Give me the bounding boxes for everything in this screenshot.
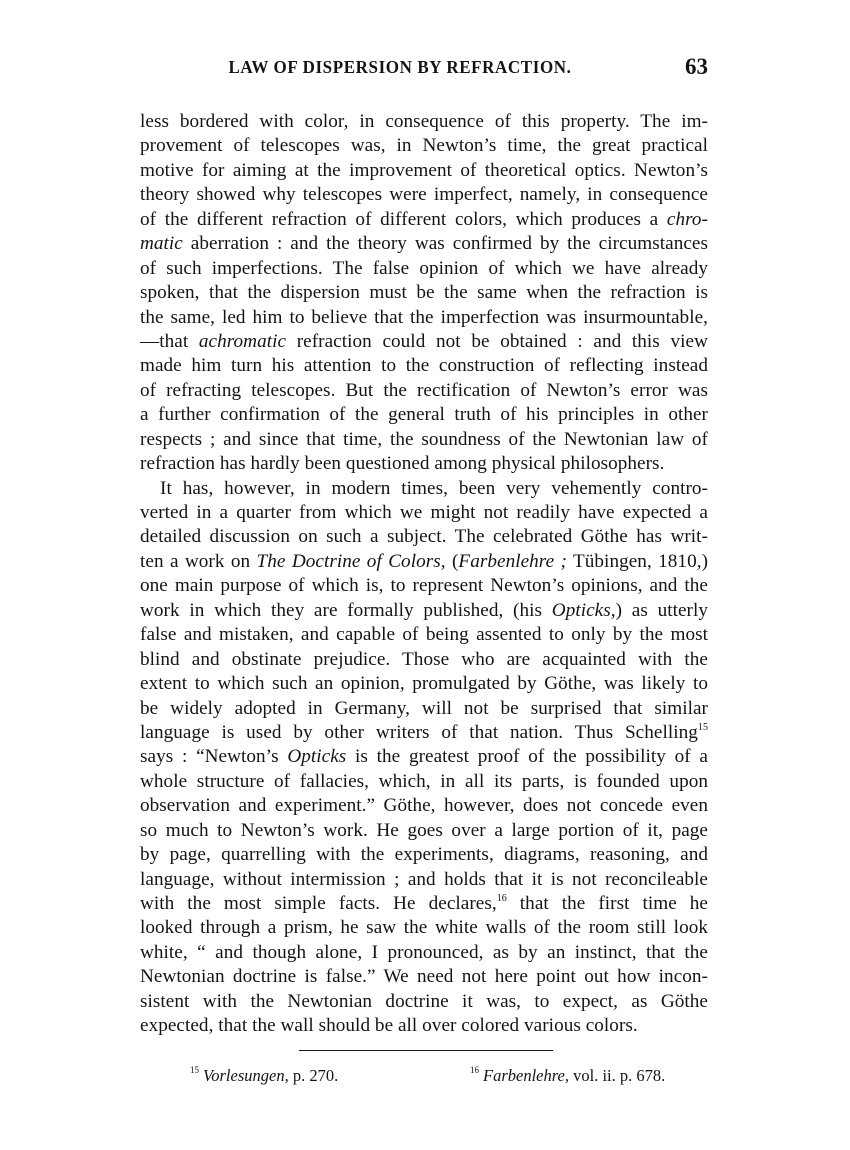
text-segment: be widely adopted in Germany, will not b… [140, 698, 708, 719]
text-line: white, “ and though alone, I pronounced,… [140, 941, 708, 965]
text-line: ten a work on The Doctrine of Colors, (F… [140, 550, 708, 574]
text-segment: work in which they are formally publishe… [140, 600, 552, 621]
text-segment: a further confirmation of the general tr… [140, 404, 708, 425]
text-segment: whole structure of fallacies, which, in … [140, 771, 708, 792]
text-segment: motive for aiming at the improvement of … [140, 160, 708, 181]
text-line: language, without intermission ; and hol… [140, 868, 708, 892]
text-segment: sistent with the Newtonian doctrine it w… [140, 991, 708, 1012]
text-line: looked through a prism, he saw the white… [140, 916, 708, 940]
text-line: made him turn his attention to the const… [140, 354, 708, 378]
text-line: theory showed why telescopes were imperf… [140, 183, 708, 207]
text-line: of such imperfections. The false opinion… [140, 257, 708, 281]
footnote-rule [299, 1050, 553, 1051]
text-segment: one main purpose of which is, to represe… [140, 575, 708, 596]
body-text: less bordered with color, in consequence… [140, 110, 708, 1039]
text-segment: expected, that the wall should be all ov… [140, 1015, 638, 1036]
running-title: LAW OF DISPERSION BY REFRACTION. [140, 58, 660, 79]
text-line: expected, that the wall should be all ov… [140, 1014, 708, 1038]
text-line: a further confirmation of the general tr… [140, 403, 708, 427]
text-line: be widely adopted in Germany, will not b… [140, 697, 708, 721]
text-line: work in which they are formally publishe… [140, 599, 708, 623]
text-segment: made him turn his attention to the const… [140, 355, 708, 376]
text-line: matic aberration : and the theory was co… [140, 232, 708, 256]
text-segment: ( [446, 551, 459, 572]
text-segment: ) as utterly [616, 600, 708, 621]
text-segment: of such imperfections. The false opinion… [140, 258, 708, 279]
text-line: blind and obstinate prejudice. Those who… [140, 648, 708, 672]
text-segment: Tübingen, 1810,) [567, 551, 708, 572]
text-segment: less bordered with color, in consequence… [140, 111, 708, 132]
text-line: verted in a quarter from which we might … [140, 501, 708, 525]
text-segment: refraction has hardly been questioned am… [140, 453, 664, 474]
running-head: LAW OF DISPERSION BY REFRACTION. 63 [140, 56, 710, 82]
text-line: observation and experiment.” Göthe, howe… [140, 794, 708, 818]
text-line: detailed discussion on such a subject. T… [140, 525, 708, 549]
italic-text: Opticks [287, 746, 346, 767]
text-line: refraction has hardly been questioned am… [140, 452, 708, 476]
text-segment: refraction could not be obtained : and t… [286, 331, 708, 352]
text-line: of refracting telescopes. But the rectif… [140, 379, 708, 403]
footnote-reference: 15 [698, 722, 708, 733]
text-segment: theory showed why telescopes were imperf… [140, 184, 708, 205]
footnote-title: Farbenlehre, [483, 1066, 569, 1085]
text-segment: spoken, that the dispersion must be the … [140, 282, 708, 303]
text-segment: respects ; and since that time, the soun… [140, 429, 708, 450]
footnote-marker: 16 [470, 1065, 479, 1075]
text-line: by page, quarrelling with the experiment… [140, 843, 708, 867]
text-segment: observation and experiment.” Göthe, howe… [140, 795, 708, 816]
text-segment: It has, however, in modern times, been v… [160, 478, 708, 499]
footnote-ref: p. 270. [289, 1066, 339, 1085]
text-segment: white, “ and though alone, I pronounced,… [140, 942, 708, 963]
text-segment: says : “Newton’s [140, 746, 287, 767]
text-segment: false and mistaken, and capable of being… [140, 624, 708, 645]
text-line: the same, led him to believe that the im… [140, 306, 708, 330]
text-line: motive for aiming at the improvement of … [140, 159, 708, 183]
italic-text: matic [140, 233, 183, 254]
text-line: false and mistaken, and capable of being… [140, 623, 708, 647]
page-number: 63 [685, 54, 708, 80]
italic-text: achromatic [199, 331, 286, 352]
text-line: language is used by other writers of tha… [140, 721, 708, 745]
text-line: sistent with the Newtonian doctrine it w… [140, 990, 708, 1014]
book-page: LAW OF DISPERSION BY REFRACTION. 63 less… [0, 0, 850, 1150]
footnote-marker: 15 [190, 1065, 199, 1075]
italic-text: chro- [667, 209, 708, 230]
footnote-16: 16Farbenlehre, vol. ii. p. 678. [470, 1066, 665, 1086]
footnotes: 15Vorlesungen, p. 270. 16Farbenlehre, vo… [140, 1066, 708, 1092]
text-segment: detailed discussion on such a subject. T… [140, 526, 708, 547]
text-segment: —that [140, 331, 199, 352]
text-line: respects ; and since that time, the soun… [140, 428, 708, 452]
text-line: extent to which such an opinion, promulg… [140, 672, 708, 696]
footnote-reference: 16 [497, 893, 507, 904]
text-line: It has, however, in modern times, been v… [140, 477, 708, 501]
text-segment: is the greatest proof of the possibility… [346, 746, 708, 767]
footnote-15: 15Vorlesungen, p. 270. [190, 1066, 338, 1086]
text-line: of the different refraction of different… [140, 208, 708, 232]
text-segment: of refracting telescopes. But the rectif… [140, 380, 708, 401]
text-line: so much to Newton’s work. He goes over a… [140, 819, 708, 843]
text-segment: Newtonian doctrine is false.” We need no… [140, 966, 708, 987]
text-line: provement of telescopes was, in Newton’s… [140, 134, 708, 158]
text-segment: extent to which such an opinion, promulg… [140, 673, 708, 694]
text-segment: by page, quarrelling with the experiment… [140, 844, 708, 865]
text-segment: aberration : and the theory was confirme… [183, 233, 708, 254]
text-segment: so much to Newton’s work. He goes over a… [140, 820, 708, 841]
text-segment: with the most simple facts. He declares, [140, 893, 497, 914]
text-segment: the same, led him to believe that the im… [140, 307, 708, 328]
text-segment: provement of telescopes was, in Newton’s… [140, 135, 708, 156]
text-segment: blind and obstinate prejudice. Those who… [140, 649, 708, 670]
text-line: spoken, that the dispersion must be the … [140, 281, 708, 305]
text-segment: language, without intermission ; and hol… [140, 869, 708, 890]
text-line: Newtonian doctrine is false.” We need no… [140, 965, 708, 989]
footnote-title: Vorlesungen, [203, 1066, 289, 1085]
italic-text: Farbenlehre ; [458, 551, 567, 572]
text-segment: of the different refraction of different… [140, 209, 667, 230]
text-segment: looked through a prism, he saw the white… [140, 917, 708, 938]
text-segment: language is used by other writers of tha… [140, 722, 698, 743]
text-line: says : “Newton’s Opticks is the greatest… [140, 745, 708, 769]
text-line: whole structure of fallacies, which, in … [140, 770, 708, 794]
italic-text: The Doctrine of Colors, [257, 551, 446, 572]
italic-text: Opticks, [552, 600, 616, 621]
text-line: with the most simple facts. He declares,… [140, 892, 708, 916]
text-segment: ten a work on [140, 551, 257, 572]
text-segment: that the first time he [507, 893, 708, 914]
text-line: —that achromatic refraction could not be… [140, 330, 708, 354]
text-line: one main purpose of which is, to represe… [140, 574, 708, 598]
footnote-ref: vol. ii. p. 678. [569, 1066, 665, 1085]
text-segment: verted in a quarter from which we might … [140, 502, 708, 523]
text-line: less bordered with color, in consequence… [140, 110, 708, 134]
